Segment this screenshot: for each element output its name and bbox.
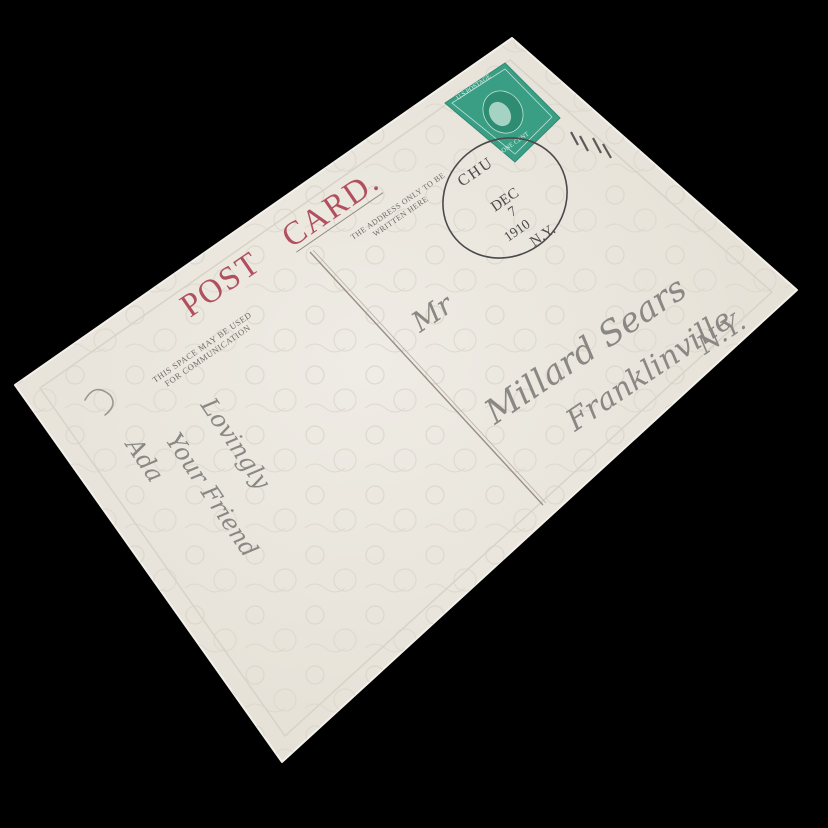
photo-scene: POST CARD. THIS SPACE MAY BE USED FOR CO… — [0, 0, 828, 828]
